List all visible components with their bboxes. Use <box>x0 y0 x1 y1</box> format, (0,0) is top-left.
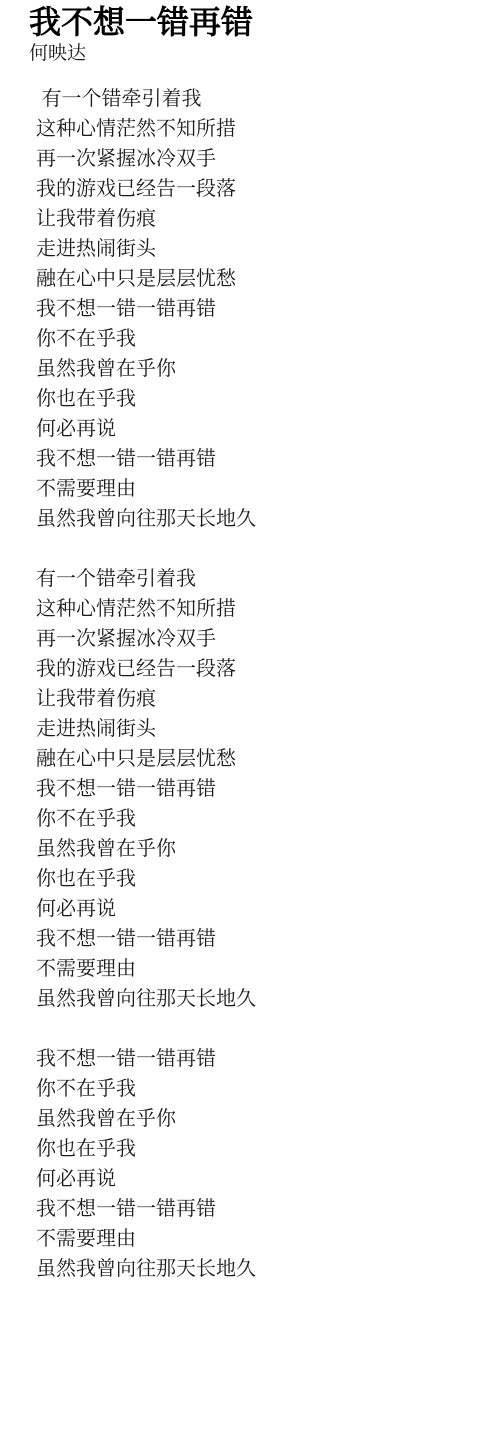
lyric-line: 不需要理由 <box>36 1224 480 1254</box>
song-title: 我不想一错再错 <box>29 2 480 42</box>
lyric-line: 融在心中只是层层忧愁 <box>36 264 480 294</box>
lyric-line: 这种心情茫然不知所措 <box>36 114 480 144</box>
lyric-line: 虽然我曾向往那天长地久 <box>36 984 480 1014</box>
lyric-line: 有一个错牵引着我 <box>36 564 480 594</box>
verse: 有一个错牵引着我这种心情茫然不知所措再一次紧握冰冷双手我的游戏已经告一段落让我带… <box>36 84 480 534</box>
verse: 有一个错牵引着我这种心情茫然不知所措再一次紧握冰冷双手我的游戏已经告一段落让我带… <box>36 564 480 1014</box>
lyric-line: 我不想一错一错再错 <box>36 774 480 804</box>
lyric-line: 我不想一错一错再错 <box>36 1044 480 1074</box>
lyrics-section: 有一个错牵引着我这种心情茫然不知所措再一次紧握冰冷双手我的游戏已经告一段落让我带… <box>29 84 480 1284</box>
lyric-line: 何必再说 <box>36 414 480 444</box>
lyric-line: 你也在乎我 <box>36 864 480 894</box>
lyric-line: 不需要理由 <box>36 954 480 984</box>
lyric-line: 融在心中只是层层忧愁 <box>36 744 480 774</box>
lyric-line: 你不在乎我 <box>36 324 480 354</box>
lyric-line: 我不想一错一错再错 <box>36 924 480 954</box>
lyric-line: 你不在乎我 <box>36 1074 480 1104</box>
lyric-line: 你也在乎我 <box>36 1134 480 1164</box>
lyric-line: 有一个错牵引着我 <box>36 84 480 114</box>
lyric-line: 虽然我曾在乎你 <box>36 834 480 864</box>
lyric-line: 再一次紧握冰冷双手 <box>36 624 480 654</box>
lyric-line: 走进热闹街头 <box>36 714 480 744</box>
lyric-line: 这种心情茫然不知所措 <box>36 594 480 624</box>
lyric-line: 虽然我曾向往那天长地久 <box>36 504 480 534</box>
lyric-line: 我不想一错一错再错 <box>36 294 480 324</box>
lyric-line: 你不在乎我 <box>36 804 480 834</box>
lyric-line: 走进热闹街头 <box>36 234 480 264</box>
verse: 我不想一错一错再错你不在乎我虽然我曾在乎你你也在乎我何必再说我不想一错一错再错不… <box>36 1044 480 1284</box>
lyric-line: 虽然我曾向往那天长地久 <box>36 1254 480 1284</box>
lyric-line: 虽然我曾在乎你 <box>36 354 480 384</box>
lyric-line: 再一次紧握冰冷双手 <box>36 144 480 174</box>
lyric-line: 我不想一错一错再错 <box>36 1194 480 1224</box>
lyric-line: 让我带着伤痕 <box>36 204 480 234</box>
lyric-line: 不需要理由 <box>36 474 480 504</box>
lyric-line: 我不想一错一错再错 <box>36 444 480 474</box>
lyric-line: 你也在乎我 <box>36 384 480 414</box>
lyric-line: 虽然我曾在乎你 <box>36 1104 480 1134</box>
lyric-line: 我的游戏已经告一段落 <box>36 654 480 684</box>
lyric-line: 让我带着伤痕 <box>36 684 480 714</box>
lyric-line: 我的游戏已经告一段落 <box>36 174 480 204</box>
lyric-line: 何必再说 <box>36 1164 480 1194</box>
artist-name: 何映达 <box>29 42 480 66</box>
lyrics-page: 我不想一错再错 何映达 有一个错牵引着我这种心情茫然不知所措再一次紧握冰冷双手我… <box>0 0 500 1284</box>
lyric-line: 何必再说 <box>36 894 480 924</box>
